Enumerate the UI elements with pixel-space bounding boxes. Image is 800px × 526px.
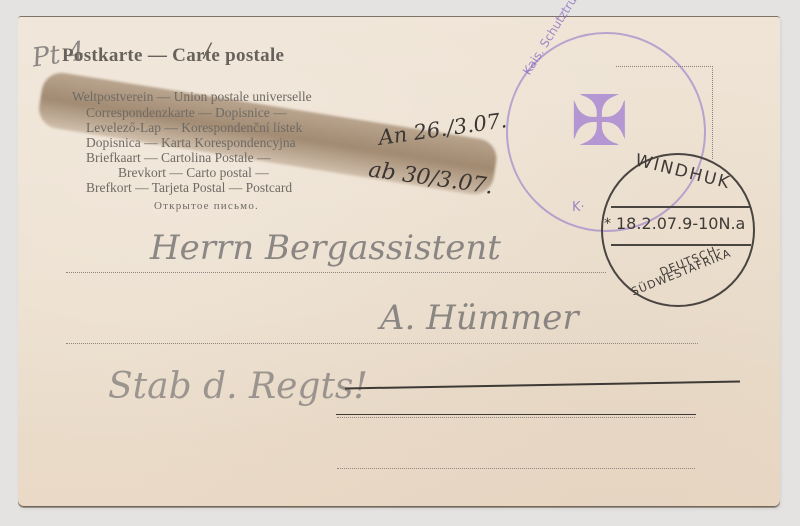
underline — [336, 414, 696, 415]
cachet-bottom-text: K· — [572, 200, 585, 215]
address-line-2 — [66, 343, 698, 344]
printed-line-4: Dopisnica — Karta Korespondencyjna — [86, 136, 296, 150]
printed-line-8: Открытое письмо. — [154, 199, 259, 213]
printed-line-6: Brevkort — Carto postal — — [118, 166, 269, 180]
printed-line-3: Levelező-Lap — Korespondenční lístek — [86, 121, 302, 135]
stamp-placeholder-box — [616, 66, 713, 159]
postmark-star: * — [604, 216, 611, 232]
address-line1-text: Herrn Bergassistent — [150, 228, 501, 268]
card-title: Postkarte — Carte postale — [62, 45, 284, 67]
printed-line-2: Correspondenzkarte — Dopisnice — — [86, 106, 287, 120]
postmark-date: 18.2.07.9-10N.a — [616, 214, 745, 233]
address-line-1 — [66, 272, 606, 273]
printed-line-1: Weltpostverein — Union postale universel… — [72, 90, 312, 104]
address-line2-text: A. Hümmer — [380, 298, 579, 338]
printed-line-5: Briefkaart — Cartolina Postale — — [86, 151, 270, 165]
printed-line-7: Brefkort — Tarjeta Postal — Postcard — [86, 181, 292, 195]
address-line3-text: Stab d. Regts! — [108, 366, 368, 407]
address-line-3 — [337, 417, 695, 418]
address-line-4 — [337, 468, 695, 469]
